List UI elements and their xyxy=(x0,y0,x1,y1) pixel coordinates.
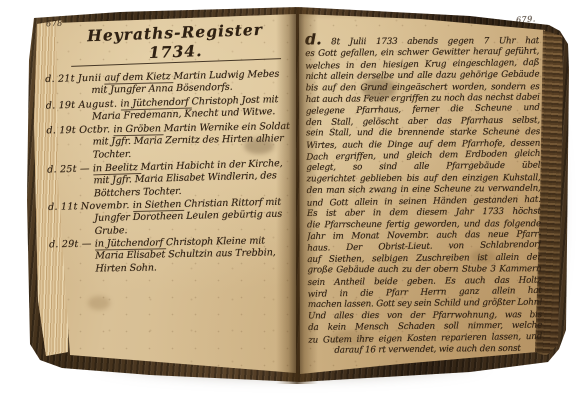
manuscript-line: bis auf den Grund eingeäschert worden, s… xyxy=(306,82,540,95)
manuscript-line: zugerichtet geblieben bis auf den einzig… xyxy=(307,173,541,186)
open-book-photo: 678 679. Heyraths-Register 1734. d. 21t … xyxy=(0,0,580,397)
entry-place-underlined: in Gröben xyxy=(113,123,164,136)
entry-date: d. 25t — xyxy=(47,163,93,175)
entry-place-underlined: in Jütchendorf xyxy=(95,238,166,251)
register-title: Heyraths-Register 1734. xyxy=(70,19,281,67)
entry-date: d. 11t Novembr. xyxy=(48,200,133,213)
register-entry: d. 25t — in Beelitz Martin Habicht in de… xyxy=(47,158,294,202)
entry-date: d. 19t Octbr. xyxy=(46,124,113,136)
register-entry: d. 19t Octbr. in Gröben Martin Wernike e… xyxy=(46,121,293,163)
register-entry: d. 11t Novembr. in Siethen Christian Rit… xyxy=(48,196,295,239)
left-entries: d. 21t Junii auf dem Kietz Martin Ludwig… xyxy=(45,68,296,277)
entry-date: d. 29t — xyxy=(49,239,95,251)
entry-place-underlined: in Beelitz xyxy=(93,162,141,175)
manuscript-line: sein Stall, und die brennende starke Sch… xyxy=(306,127,540,140)
entry-date: d. 19t August. xyxy=(46,98,121,111)
manuscript-line: die Pfarrscheune fertig geworden, und da… xyxy=(307,219,541,232)
right-page-number: 679. xyxy=(516,14,536,24)
manuscript-line: d. 8t Julii 1733 abends gegen 7 Uhr hat xyxy=(305,32,539,49)
right-text: d. 8t Julii 1733 abends gegen 7 Uhr hate… xyxy=(305,32,542,358)
manuscript-line: große Gebäude auch zu der obern Stube 3 … xyxy=(307,264,541,277)
register-entry: d. 29t — in Jütchendorf Christoph Kleine… xyxy=(49,235,296,277)
entry-place-underlined: in Siethen xyxy=(133,199,185,212)
entry-place-underlined: auf dem Kietz xyxy=(104,71,173,85)
entry-date: d. 21t Junii xyxy=(45,73,105,85)
left-page-text: Heyraths-Register 1734. d. 21t Junii auf… xyxy=(44,20,296,278)
manuscript-line: Und alles dies von der Pfarrwohnung, was… xyxy=(308,310,542,323)
register-entry: d. 19t August. in Jütchendorf Christoph … xyxy=(46,94,293,126)
